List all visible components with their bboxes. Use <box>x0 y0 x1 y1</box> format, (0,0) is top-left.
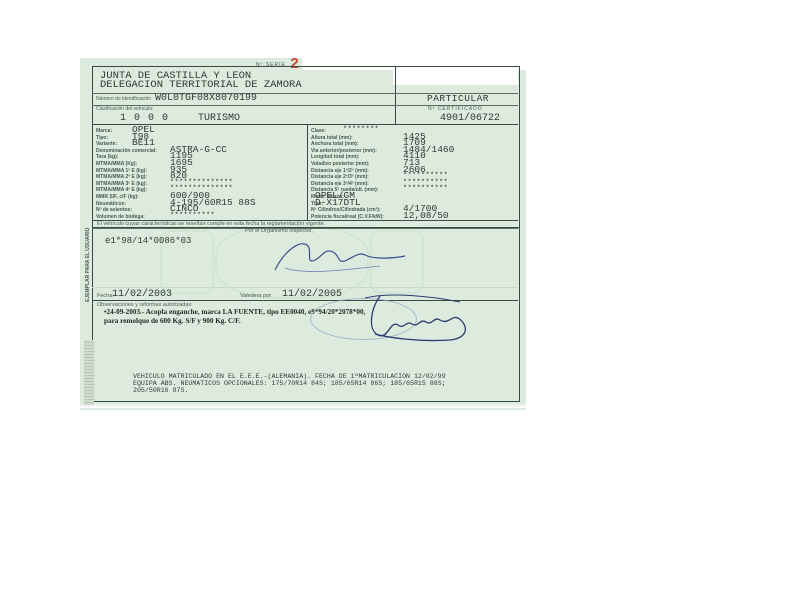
spec-label: Altura total (mm): <box>311 135 353 141</box>
vin-label: Número de identificación <box>96 96 151 102</box>
spec-value: ******** <box>343 126 379 134</box>
spec-label: MTMA/MMA 2º E (kg): <box>96 174 147 180</box>
date-rule-top <box>92 287 518 288</box>
spec-label: Via anterior/posterior (mm): <box>311 148 377 154</box>
side-label: EJEMPLAR PARA EL USUARIO <box>85 228 91 302</box>
spec-value: ********** <box>403 185 448 193</box>
spec-label: Distancia eje 1º/2º (mm): <box>311 168 369 174</box>
side-fine-print <box>84 340 94 405</box>
spec-value: 12,08/50 <box>403 212 449 220</box>
valid-value: 11/02/2005 <box>282 289 342 300</box>
spec-label: Marca: <box>96 128 112 134</box>
certificate-label: Nº CERTIFICADO <box>428 106 483 112</box>
classification-value: TURISMO <box>198 113 240 124</box>
classification-code: 1 0 0 0 <box>120 113 168 124</box>
document-edge <box>80 404 526 408</box>
spec-label: Anchura total (mm): <box>311 141 359 147</box>
spec-label: Nº Cilindros/Cilindrada (cm³): <box>311 207 381 213</box>
observation-signature <box>360 290 490 345</box>
spec-label: Distancia eje 2º/3º (mm): <box>311 174 369 180</box>
spec-label: Variante: <box>96 141 117 147</box>
header-divider <box>395 66 396 124</box>
spec-label: MTMA/MMA 1º E (kg): <box>96 168 147 174</box>
usage-type: PARTICULAR <box>427 93 489 104</box>
spec-value: D-X17DTL <box>315 199 361 207</box>
spec-label: Nº de asientos: <box>96 207 132 213</box>
observation-line2: para remolque de 600 Kg. S/F y 900 Kg. C… <box>104 317 241 326</box>
spec-column-divider <box>307 124 308 220</box>
valid-label: Valedera por: <box>240 293 273 299</box>
spec-value: BE11 <box>132 139 155 147</box>
spec-label: Neumáticos: <box>96 201 126 207</box>
footnote-line3: 205/50R16 87S. <box>133 387 188 394</box>
spec-label: Tara (kg): <box>96 154 118 160</box>
spec-label: Clase: <box>311 128 326 134</box>
spec-label: MMR S/F, c/F (kg): <box>96 194 139 200</box>
spec-label: Distancia eje 3º/4º (mm): <box>311 181 369 187</box>
spec-label: MTMA/MMA 3º E (kg): <box>96 181 147 187</box>
compliance-statement: El vehículo cuyas características se res… <box>97 221 325 227</box>
authority-line2: DELEGACION TERRITORIAL DE ZAMORA <box>100 80 302 90</box>
spec-label: Potencia fiscal/real (C.V.F/kW): <box>311 214 384 220</box>
inspector-signature <box>265 230 415 280</box>
spec-label: Denominación comercial: <box>96 148 157 154</box>
spec-label: MTMA/MMA 4º E (kg): <box>96 187 147 193</box>
spec-label: Longitud total (mm): <box>311 154 360 160</box>
vin-value: W0L0TGF08X8070199 <box>155 93 257 104</box>
spec-label: Tipo: <box>96 135 108 141</box>
spec-label: Volumen de bodega: <box>96 214 145 220</box>
classification-label: Clasificación del vehículo: <box>96 106 154 112</box>
classification-rule <box>92 124 518 125</box>
spec-label: MTMA/MMA (Kg): <box>96 161 137 167</box>
spec-value: ********** <box>170 212 215 220</box>
certificate-value: 4901/06722 <box>440 113 500 124</box>
spec-label: Voladizo posterior (mm): <box>311 161 370 167</box>
homologation-number: e1*98/14*0086*03 <box>105 236 191 246</box>
fecha-value: 11/02/2003 <box>112 289 172 300</box>
